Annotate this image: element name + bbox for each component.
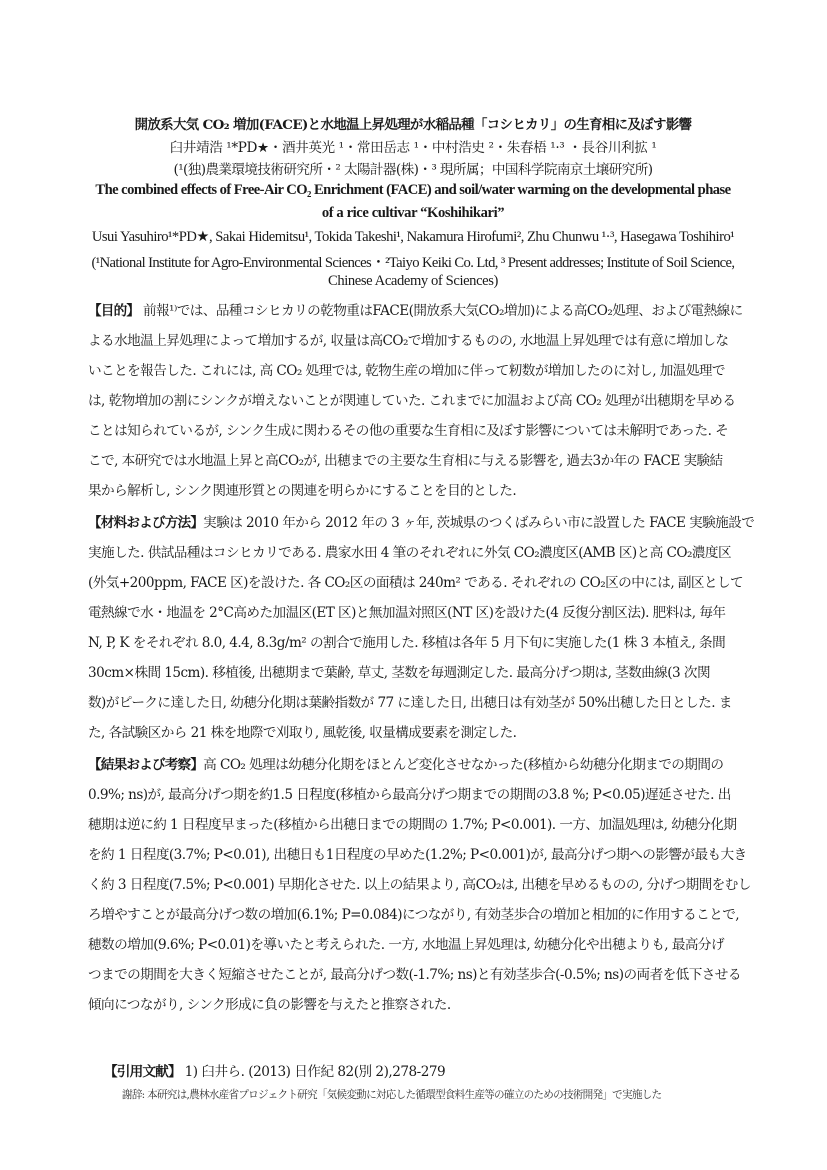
english-affiliations-line-1: (¹National Institute for Agro-Environmen… bbox=[88, 251, 738, 272]
japanese-affiliations: (¹(独)農業環境技術研究所・² 太陽計器(株)・³ 現所属；中国科学院南京土壌… bbox=[88, 158, 738, 178]
section-heading-purpose: 【目的】 bbox=[88, 303, 139, 319]
results-line-1: 【結果および考察】高 CO₂ 処理は幼穂分化期をほとんど変化させなかった(移植か… bbox=[88, 756, 736, 774]
purpose-line-2: よる水地温上昇処理によって増加するが, 収量は高CO₂で増加するものの, 水地温… bbox=[88, 332, 736, 350]
japanese-title: 開放系大気 CO₂ 増加(FACE)と水地温上昇処理が水稲品種「コシヒカリ」の生… bbox=[88, 114, 738, 133]
english-affiliations-line-2: Chinese Academy of Sciences) bbox=[88, 273, 738, 290]
methods-line-6: 30cm×株間 15cm). 移植後, 出穂期まで葉齢, 草丈, 茎数を毎週測定… bbox=[88, 664, 736, 682]
purpose-line-6: こで, 本研究では水地温上昇と高CO₂が, 出穂までの主要な生育相に与える影響を… bbox=[88, 452, 736, 470]
methods-line-1: 【材料および方法】実験は 2010 年から 2012 年の 3 ヶ年, 茨城県の… bbox=[88, 514, 736, 532]
english-title-line-2: of a rice cultivar “Koshihikari” bbox=[88, 205, 738, 222]
results-line-7: 穂数の増加(9.6%; P<0.01)を導いたと考えられた. 一方, 水地温上昇… bbox=[88, 936, 736, 954]
methods-line-7: 数)がピークに達した日, 幼穂分化期は葉齢指数が 77 に達した日, 出穂日は有… bbox=[88, 694, 736, 712]
methods-line-4: 電熱線で水・地温を 2°C高めた加温区(ET 区)と無加温対照区(NT 区)を設… bbox=[88, 604, 736, 622]
english-title-line-1: The combined effects of Free-Air CO₂ Enr… bbox=[88, 182, 738, 199]
reference-item-1: 1) 臼井ら. (2013) 日作紀 82(別 2),278-279 bbox=[181, 1064, 445, 1080]
purpose-line-3: いことを報告した. これには, 高 CO₂ 処理では, 乾物生産の増加に伴って籾… bbox=[88, 362, 736, 380]
methods-line-8: た, 各試験区から 21 株を地際で刈取り, 風乾後, 収量構成要素を測定した. bbox=[88, 724, 736, 742]
purpose-line-4: は, 乾物増加の割にシンクが増えないことが関連していた. これまでに加温および高… bbox=[88, 392, 736, 410]
results-line-9: 傾向につながり, シンク形成に負の影響を与えたと推察された. bbox=[88, 996, 736, 1014]
references: 【引用文献】 1) 臼井ら. (2013) 日作紀 82(別 2),278-27… bbox=[104, 1060, 445, 1080]
japanese-authors: 臼井靖浩 ¹*PD★・酒井英光 ¹・常田岳志 ¹・中村浩史 ²・朱春梧 ¹·³ … bbox=[88, 136, 738, 156]
english-authors: Usui Yasuhiro¹*PD★, Sakai Hidemitsu¹, To… bbox=[88, 228, 738, 246]
results-line-4: を約 1 日程度(3.7%; P<0.01), 出穂日も1日程度の早めた(1.2… bbox=[88, 846, 736, 864]
methods-line-5: N, P, K をそれぞれ 8.0, 4.4, 8.3g/m² の割合で施用した… bbox=[88, 634, 736, 652]
section-heading-results: 【結果および考察】 bbox=[88, 757, 203, 773]
purpose-line-7: 果から解析し, シンク関連形質との関連を明らかにすることを目的とした. bbox=[88, 482, 736, 500]
results-line-3: 穂期は逆に約 1 日程度早まった(移植から出穂日までの期間の 1.7%; P<0… bbox=[88, 816, 736, 834]
results-line-5: く約 3 日程度(7.5%; P<0.001) 早期化させた. 以上の結果より,… bbox=[88, 876, 736, 894]
results-line-8: つまでの期間を大きく短縮させたことが, 最高分げつ数(-1.7%; ns)と有効… bbox=[88, 966, 736, 984]
paper-page: 開放系大気 CO₂ 増加(FACE)と水地温上昇処理が水稲品種「コシヒカリ」の生… bbox=[0, 0, 827, 1170]
methods-line-2: 実施した. 供試品種はコシヒカリである. 農家水田 4 筆のそれぞれに外気 CO… bbox=[88, 544, 736, 562]
results-line-2: 0.9%; ns)が, 最高分げつ期を約1.5 日程度(移植から最高分げつ期まで… bbox=[88, 786, 736, 804]
purpose-line-5: ことは知られているが, シンク生成に関わるその他の重要な生育相に及ぼす影響につい… bbox=[88, 422, 736, 440]
purpose-line-1: 【目的】 前報¹⁾では、品種コシヒカリの乾物重はFACE(開放系大気CO₂増加)… bbox=[88, 302, 736, 320]
acknowledgement: 謝辞: 本研究は,農林水産省プロジェクト研究「気候変動に対応した循環型食料生産等… bbox=[122, 1087, 661, 1102]
methods-line-3: (外気+200ppm, FACE 区)を設けた. 各 CO₂区の面積は 240m… bbox=[88, 574, 736, 592]
section-heading-methods: 【材料および方法】 bbox=[88, 515, 203, 531]
references-heading: 【引用文献】 bbox=[104, 1064, 181, 1080]
results-line-6: ろ増やすことが最高分げつ数の増加(6.1%; P=0.084)につながり, 有効… bbox=[88, 906, 736, 924]
